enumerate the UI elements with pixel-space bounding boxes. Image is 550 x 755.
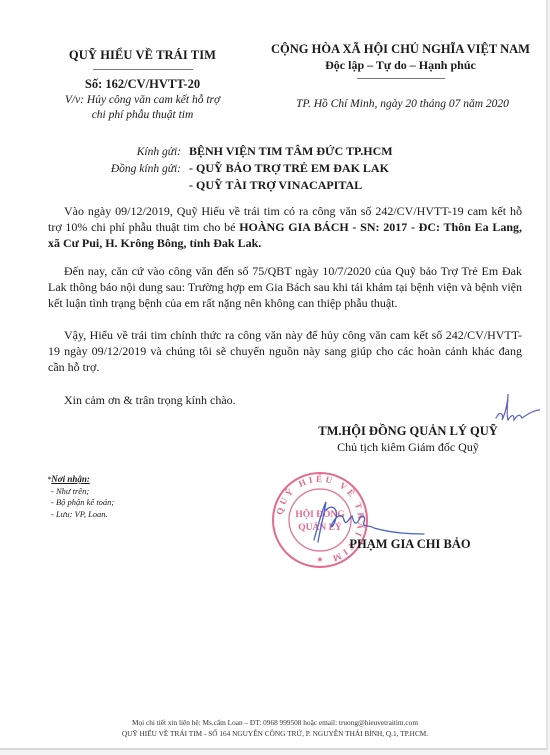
distribution-title: Nơi nhận: bbox=[51, 474, 90, 484]
recipient-row: Kính gửi: BỆNH VIỆN TIM TÂM ĐỨC TP.HCM bbox=[100, 144, 393, 161]
document-number: Số: 162/CV/HVTT-20 bbox=[40, 77, 245, 92]
footer-address: QUỸ HIỂU VỀ TRÁI TIM - SỐ 164 NGUYỄN CÔN… bbox=[40, 729, 510, 740]
document-page: QUỸ HIỂU VỀ TRÁI TIM Số: 162/CV/HVTT-20 … bbox=[0, 0, 548, 750]
paragraph-2: Đến nay, căn cứ vào công văn đến số 75/Q… bbox=[48, 263, 522, 311]
recipient-label: Kính gửi: bbox=[100, 146, 189, 158]
subject-line-1: V/v: Hủy công văn cam kết hỗ trợ bbox=[40, 93, 245, 107]
closing-greeting: Xin cảm ơn & trân trọng kính chào. bbox=[48, 392, 522, 408]
nation-title: CỘNG HÒA XÃ HỘI CHỦ NGHĨA VIỆT NAM bbox=[268, 42, 533, 57]
signer-title: Chủ tịch kiêm Giám đốc Quỹ bbox=[308, 440, 508, 455]
signer-organization: TM.HỘI ĐỒNG QUẢN LÝ QUỸ bbox=[308, 424, 508, 439]
divider bbox=[93, 69, 193, 70]
distribution-list: *Nơi nhận: - Như trên; - Bộ phận kế toán… bbox=[47, 474, 114, 520]
distribution-item: - Lưu: VP, Loan. bbox=[47, 509, 114, 521]
recipient-row: Đồng kính gửi: - QUỸ BẢO TRỢ TRẺ EM ĐAK … bbox=[100, 161, 393, 178]
signature-block: TM.HỘI ĐỒNG QUẢN LÝ QUỸ Chủ tịch kiêm Gi… bbox=[308, 424, 508, 455]
national-header: CỘNG HÒA XÃ HỘI CHỦ NGHĨA VIỆT NAM Độc l… bbox=[268, 42, 533, 79]
recipient-label: Đồng kính gửi: bbox=[100, 163, 189, 175]
svg-text:★: ★ bbox=[316, 555, 323, 564]
recipient-value: - QUỸ TÀI TRỢ VINACAPITAL bbox=[189, 178, 362, 193]
recipient-value: BỆNH VIỆN TIM TÂM ĐỨC TP.HCM bbox=[189, 144, 393, 159]
distribution-item: - Như trên; bbox=[47, 486, 114, 498]
paragraph-1: Vào ngày 09/12/2019, Quỹ Hiểu về trái ti… bbox=[48, 203, 522, 251]
signer-name: PHẠM GIA CHI BẢO bbox=[310, 537, 510, 552]
recipient-value: - QUỸ BẢO TRỢ TRẺ EM ĐAK LAK bbox=[189, 161, 389, 176]
distribution-item: - Bộ phận kế toán; bbox=[47, 497, 114, 509]
issuer-organization: QUỸ HIỂU VỀ TRÁI TIM bbox=[40, 48, 245, 63]
divider bbox=[357, 78, 445, 79]
subject-line-2: chi phí phẫu thuật tim bbox=[40, 108, 245, 122]
paragraph-3: Vậy, Hiểu về trái tim chính thức ra công… bbox=[48, 327, 522, 375]
recipients-block: Kính gửi: BỆNH VIỆN TIM TÂM ĐỨC TP.HCM Đ… bbox=[100, 144, 393, 195]
issuer-header: QUỸ HIỂU VỀ TRÁI TIM Số: 162/CV/HVTT-20 … bbox=[40, 48, 245, 122]
document-date: TP. Hồ Chí Minh, ngày 20 tháng 07 năm 20… bbox=[270, 98, 535, 110]
national-motto: Độc lập – Tự do – Hạnh phúc bbox=[268, 58, 533, 73]
recipient-row: - QUỸ TÀI TRỢ VINACAPITAL bbox=[100, 178, 393, 195]
initials-signature-icon bbox=[490, 392, 540, 428]
footer-contact: Mọi chi tiết xin liên hệ: Ms.cẩm Loan – … bbox=[40, 718, 510, 729]
document-footer: Mọi chi tiết xin liên hệ: Ms.cẩm Loan – … bbox=[40, 718, 510, 739]
